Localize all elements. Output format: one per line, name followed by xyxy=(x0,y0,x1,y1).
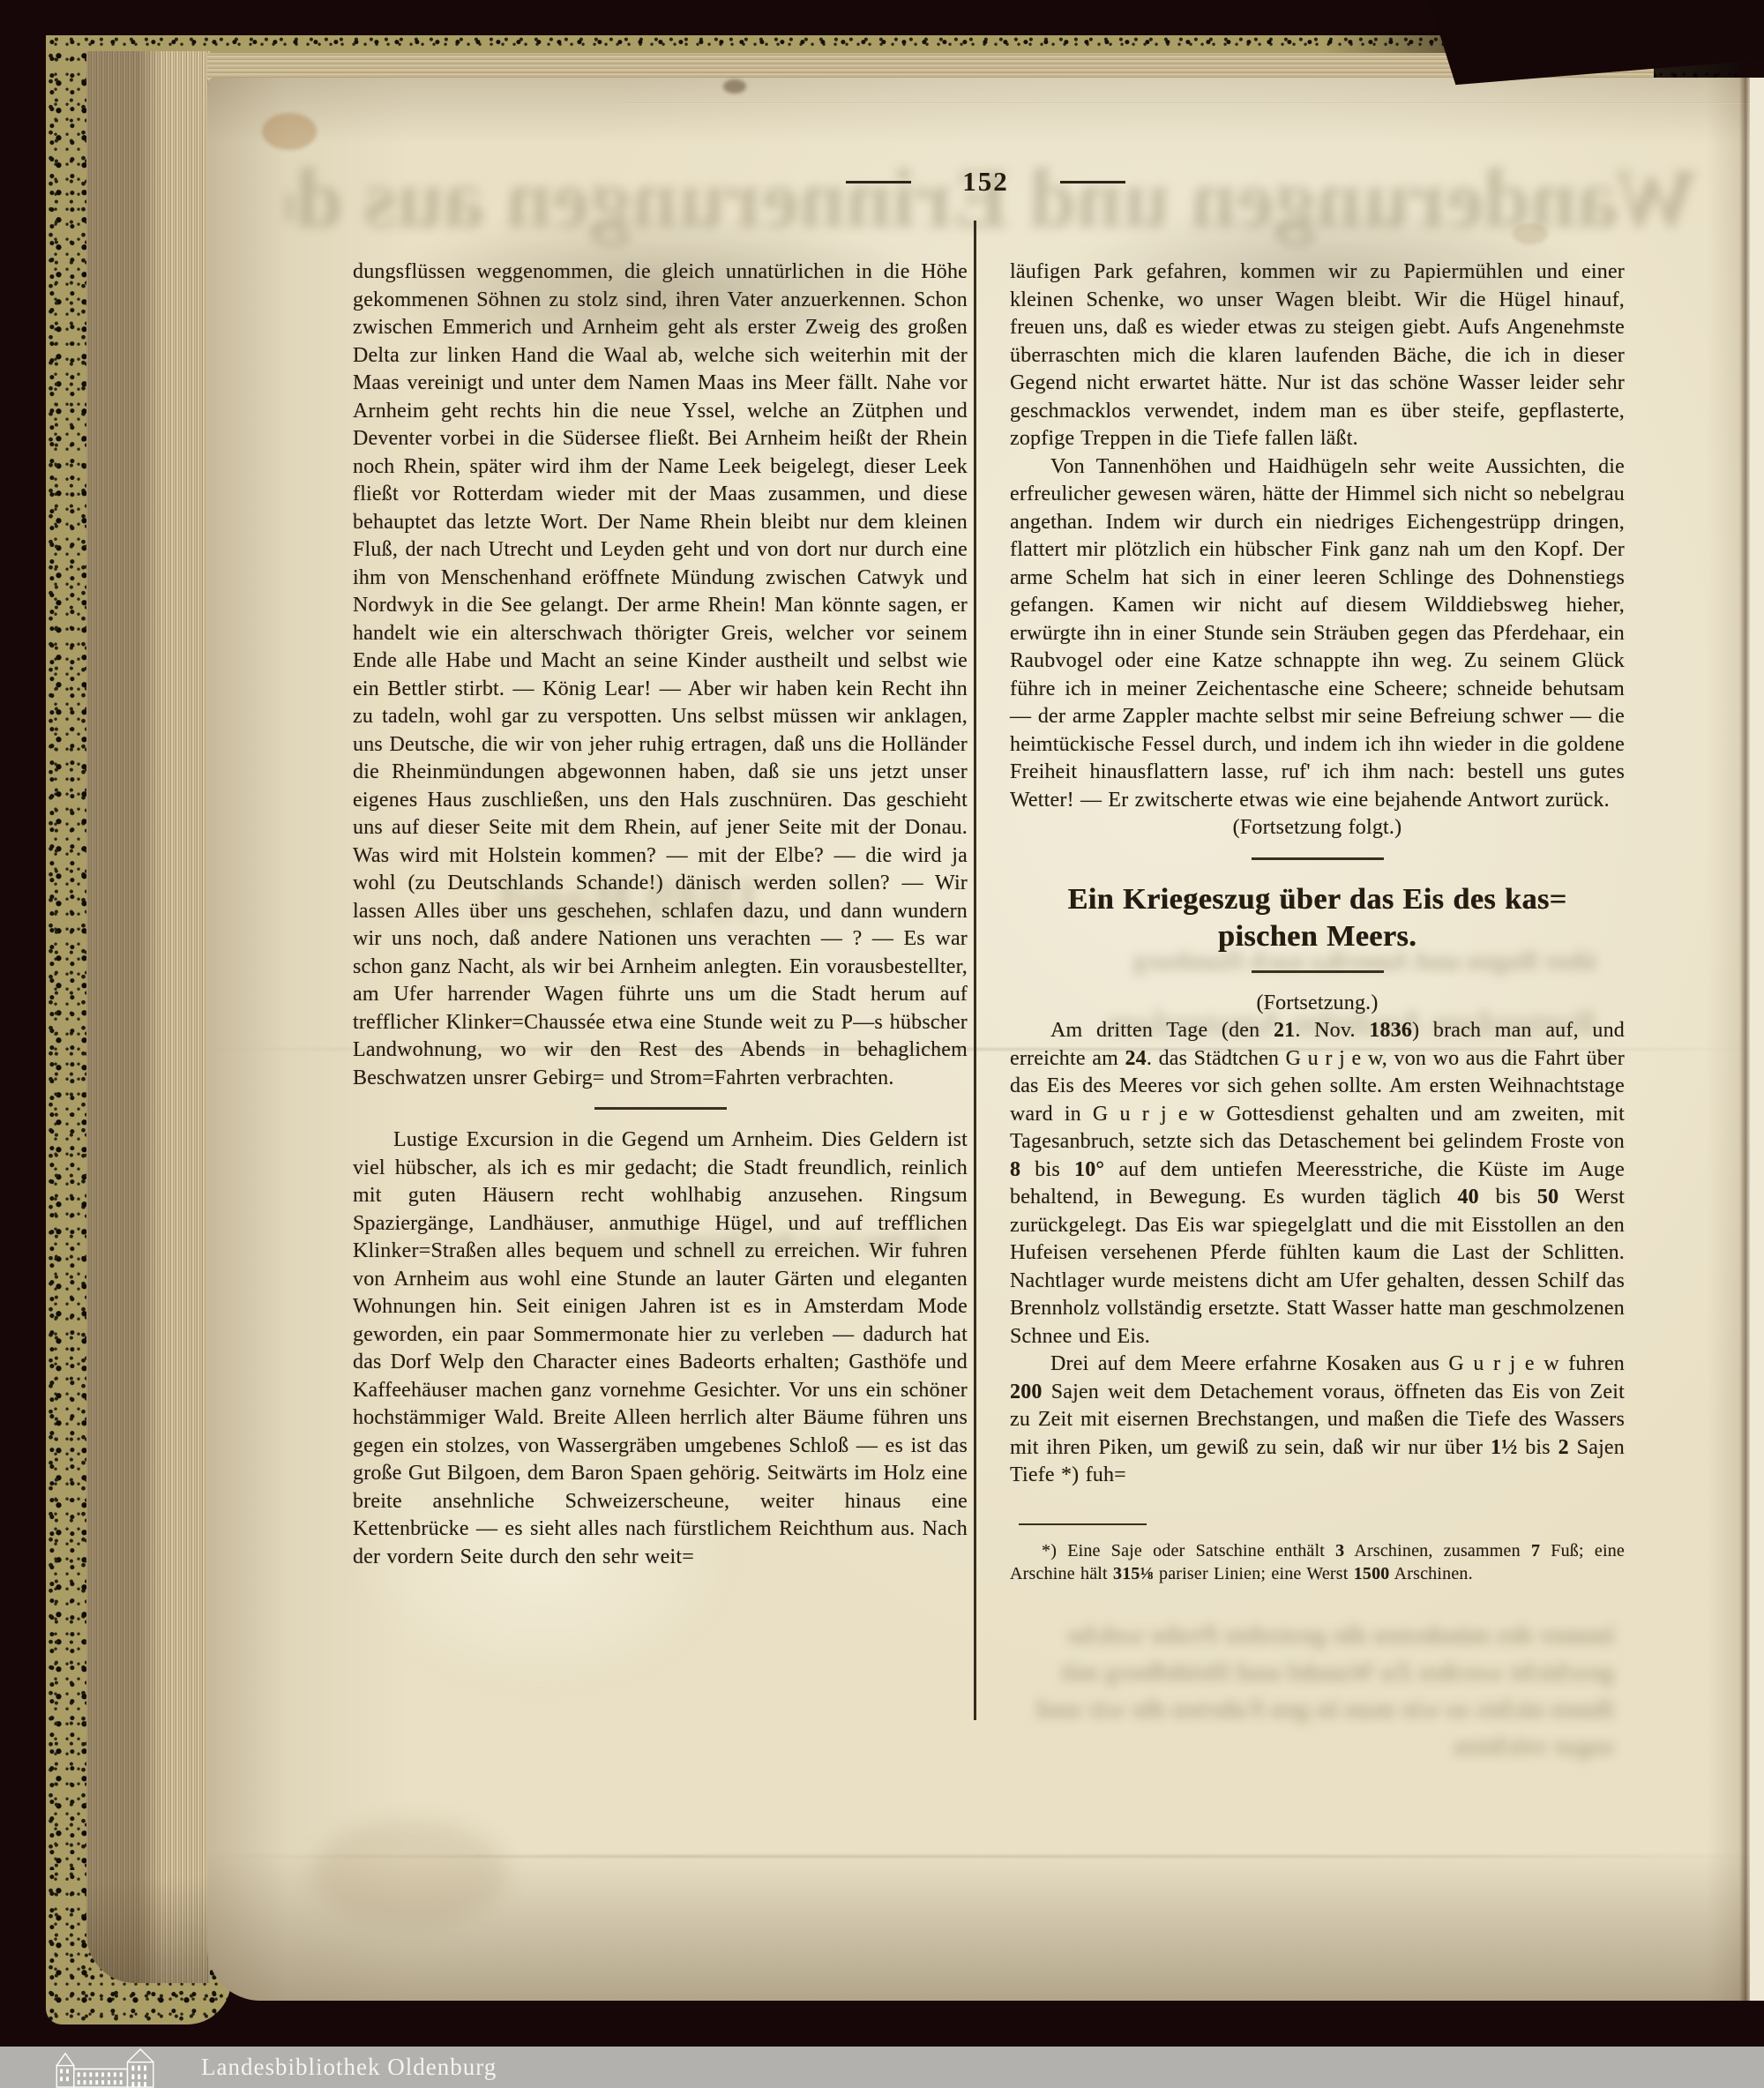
library-building-icon xyxy=(55,2047,159,2088)
paper-stain xyxy=(262,113,317,150)
separator-rule xyxy=(1252,857,1384,860)
page: 152 dungsflüssen weggenommen, die gleich… xyxy=(207,78,1764,2001)
text-column-left: dungsflüssen weggenommen, die gleich unn… xyxy=(353,258,968,1571)
continuation-note: (Fortsetzung.) xyxy=(1010,990,1625,1018)
article-title: Ein Kriegeszug über das Eis des kas=pisc… xyxy=(1010,881,1625,955)
scanned-book-page: 152 dungsflüssen weggenommen, die gleich… xyxy=(0,0,1764,2088)
header-dash xyxy=(846,181,911,183)
paper-crease xyxy=(207,1855,1764,1858)
paper-stain xyxy=(313,1820,507,1926)
emboss-line xyxy=(622,102,1760,104)
library-watermark-bar: Landesbibliothek Oldenburg xyxy=(0,2047,1764,2088)
column-divider xyxy=(974,221,976,1720)
page-number: 152 xyxy=(962,166,1009,198)
page-stack-top-edges xyxy=(207,53,1654,79)
separator-rule xyxy=(1252,970,1384,973)
paper-stain xyxy=(723,79,746,94)
footnote-separator xyxy=(1019,1523,1147,1525)
paragraph: dungsflüssen weggenommen, die gleich unn… xyxy=(353,258,968,1092)
bleed-through-text xyxy=(997,1617,1614,1873)
library-name: Landesbibliothek Oldenburg xyxy=(201,2054,497,2081)
page-stack-edges xyxy=(86,51,210,1983)
footnote: *) Eine Saje oder Satschine enthält 3 Ar… xyxy=(1010,1539,1625,1585)
page-header: 152 xyxy=(207,166,1764,198)
binding-gutter xyxy=(1739,78,1750,2001)
header-dash xyxy=(1060,181,1125,183)
paragraph: läufigen Park gefahren, kommen wir zu Pa… xyxy=(1010,258,1625,453)
paper-stain xyxy=(1513,223,1548,244)
separator-rule xyxy=(594,1107,727,1110)
paragraph: Am dritten Tage (den 21. Nov. 1836) brac… xyxy=(1010,1017,1625,1351)
paragraph: Drei auf dem Meere erfahrne Kosaken aus … xyxy=(1010,1351,1625,1490)
text-column-right: läufigen Park gefahren, kommen wir zu Pa… xyxy=(1010,258,1625,1585)
facing-page-sliver xyxy=(1750,78,1764,2001)
continuation-note: (Fortsetzung folgt.) xyxy=(1010,814,1625,842)
paragraph: Lustige Excursion in die Gegend um Arnhe… xyxy=(353,1126,968,1571)
paragraph: Von Tannenhöhen und Haidhügeln sehr weit… xyxy=(1010,453,1625,815)
book-cover-left-edge xyxy=(46,35,90,1967)
